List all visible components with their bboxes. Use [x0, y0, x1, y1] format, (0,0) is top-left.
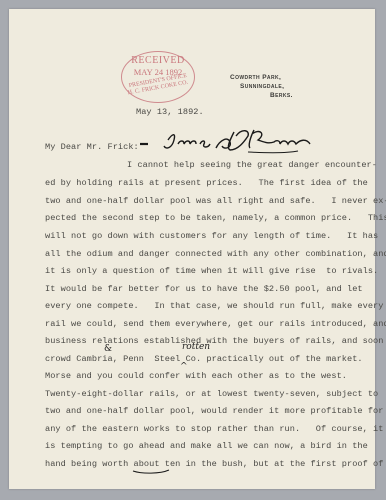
body-line-4: pected the second step to be taken, name…	[45, 213, 386, 223]
body-line-12: crowd Cambria, Penn Steel Co. practicall…	[45, 354, 363, 364]
body-line-13: Morse and you could confer with each oth…	[45, 371, 347, 381]
body-line-9: every one compete. In that case, we shou…	[45, 301, 383, 311]
body-line-10: rail we could, send them everywhere, get…	[45, 319, 386, 329]
body-line-14: Twenty-eight-dollar rails, or at lowest …	[45, 389, 378, 399]
body-line-6: all the odium and danger connected with …	[45, 249, 386, 259]
handwritten-signature	[138, 122, 318, 160]
body-line-5: will not go down with customers for any …	[45, 231, 378, 241]
body-line-16: any of the eastern works to stop rather …	[45, 424, 383, 434]
received-stamp: RECEIVED MAY 24 1892 PRESIDENT'S OFFICE …	[121, 51, 195, 103]
body-line-7: it is only a question of time when it wi…	[45, 266, 378, 276]
body-line-11: business relations established with the …	[45, 336, 383, 346]
letterhead-line-3: Berks.	[270, 92, 293, 99]
body-line-17: is tempting to go ahead and make all we …	[45, 441, 368, 451]
body-line-1: I cannot help seeing the great danger en…	[127, 160, 377, 170]
body-line-18: hand being worth about ten in the bush, …	[45, 459, 383, 469]
handwritten-insertion-word: rotten	[182, 342, 210, 352]
body-line-3: two and one-half dollar pool was all rig…	[45, 196, 386, 206]
body-line-15: two and one-half dollar pool, would rend…	[45, 406, 383, 416]
handwritten-ampersand: &	[104, 344, 112, 354]
body-line-2: ed by holding rails at present prices. T…	[45, 178, 368, 188]
handwritten-underline	[132, 469, 170, 475]
letter-date: May 13, 1892.	[136, 107, 204, 117]
stamp-received: RECEIVED	[122, 55, 194, 66]
handwritten-caret: ^	[180, 362, 188, 372]
salutation: My Dear Mr. Frick:	[45, 142, 139, 152]
letterhead-line-2: Sunningdale,	[240, 83, 284, 90]
letterhead-line-1: Cowdrth Park,	[230, 74, 281, 81]
body-line-8: It would be far better for us to have th…	[45, 284, 363, 294]
